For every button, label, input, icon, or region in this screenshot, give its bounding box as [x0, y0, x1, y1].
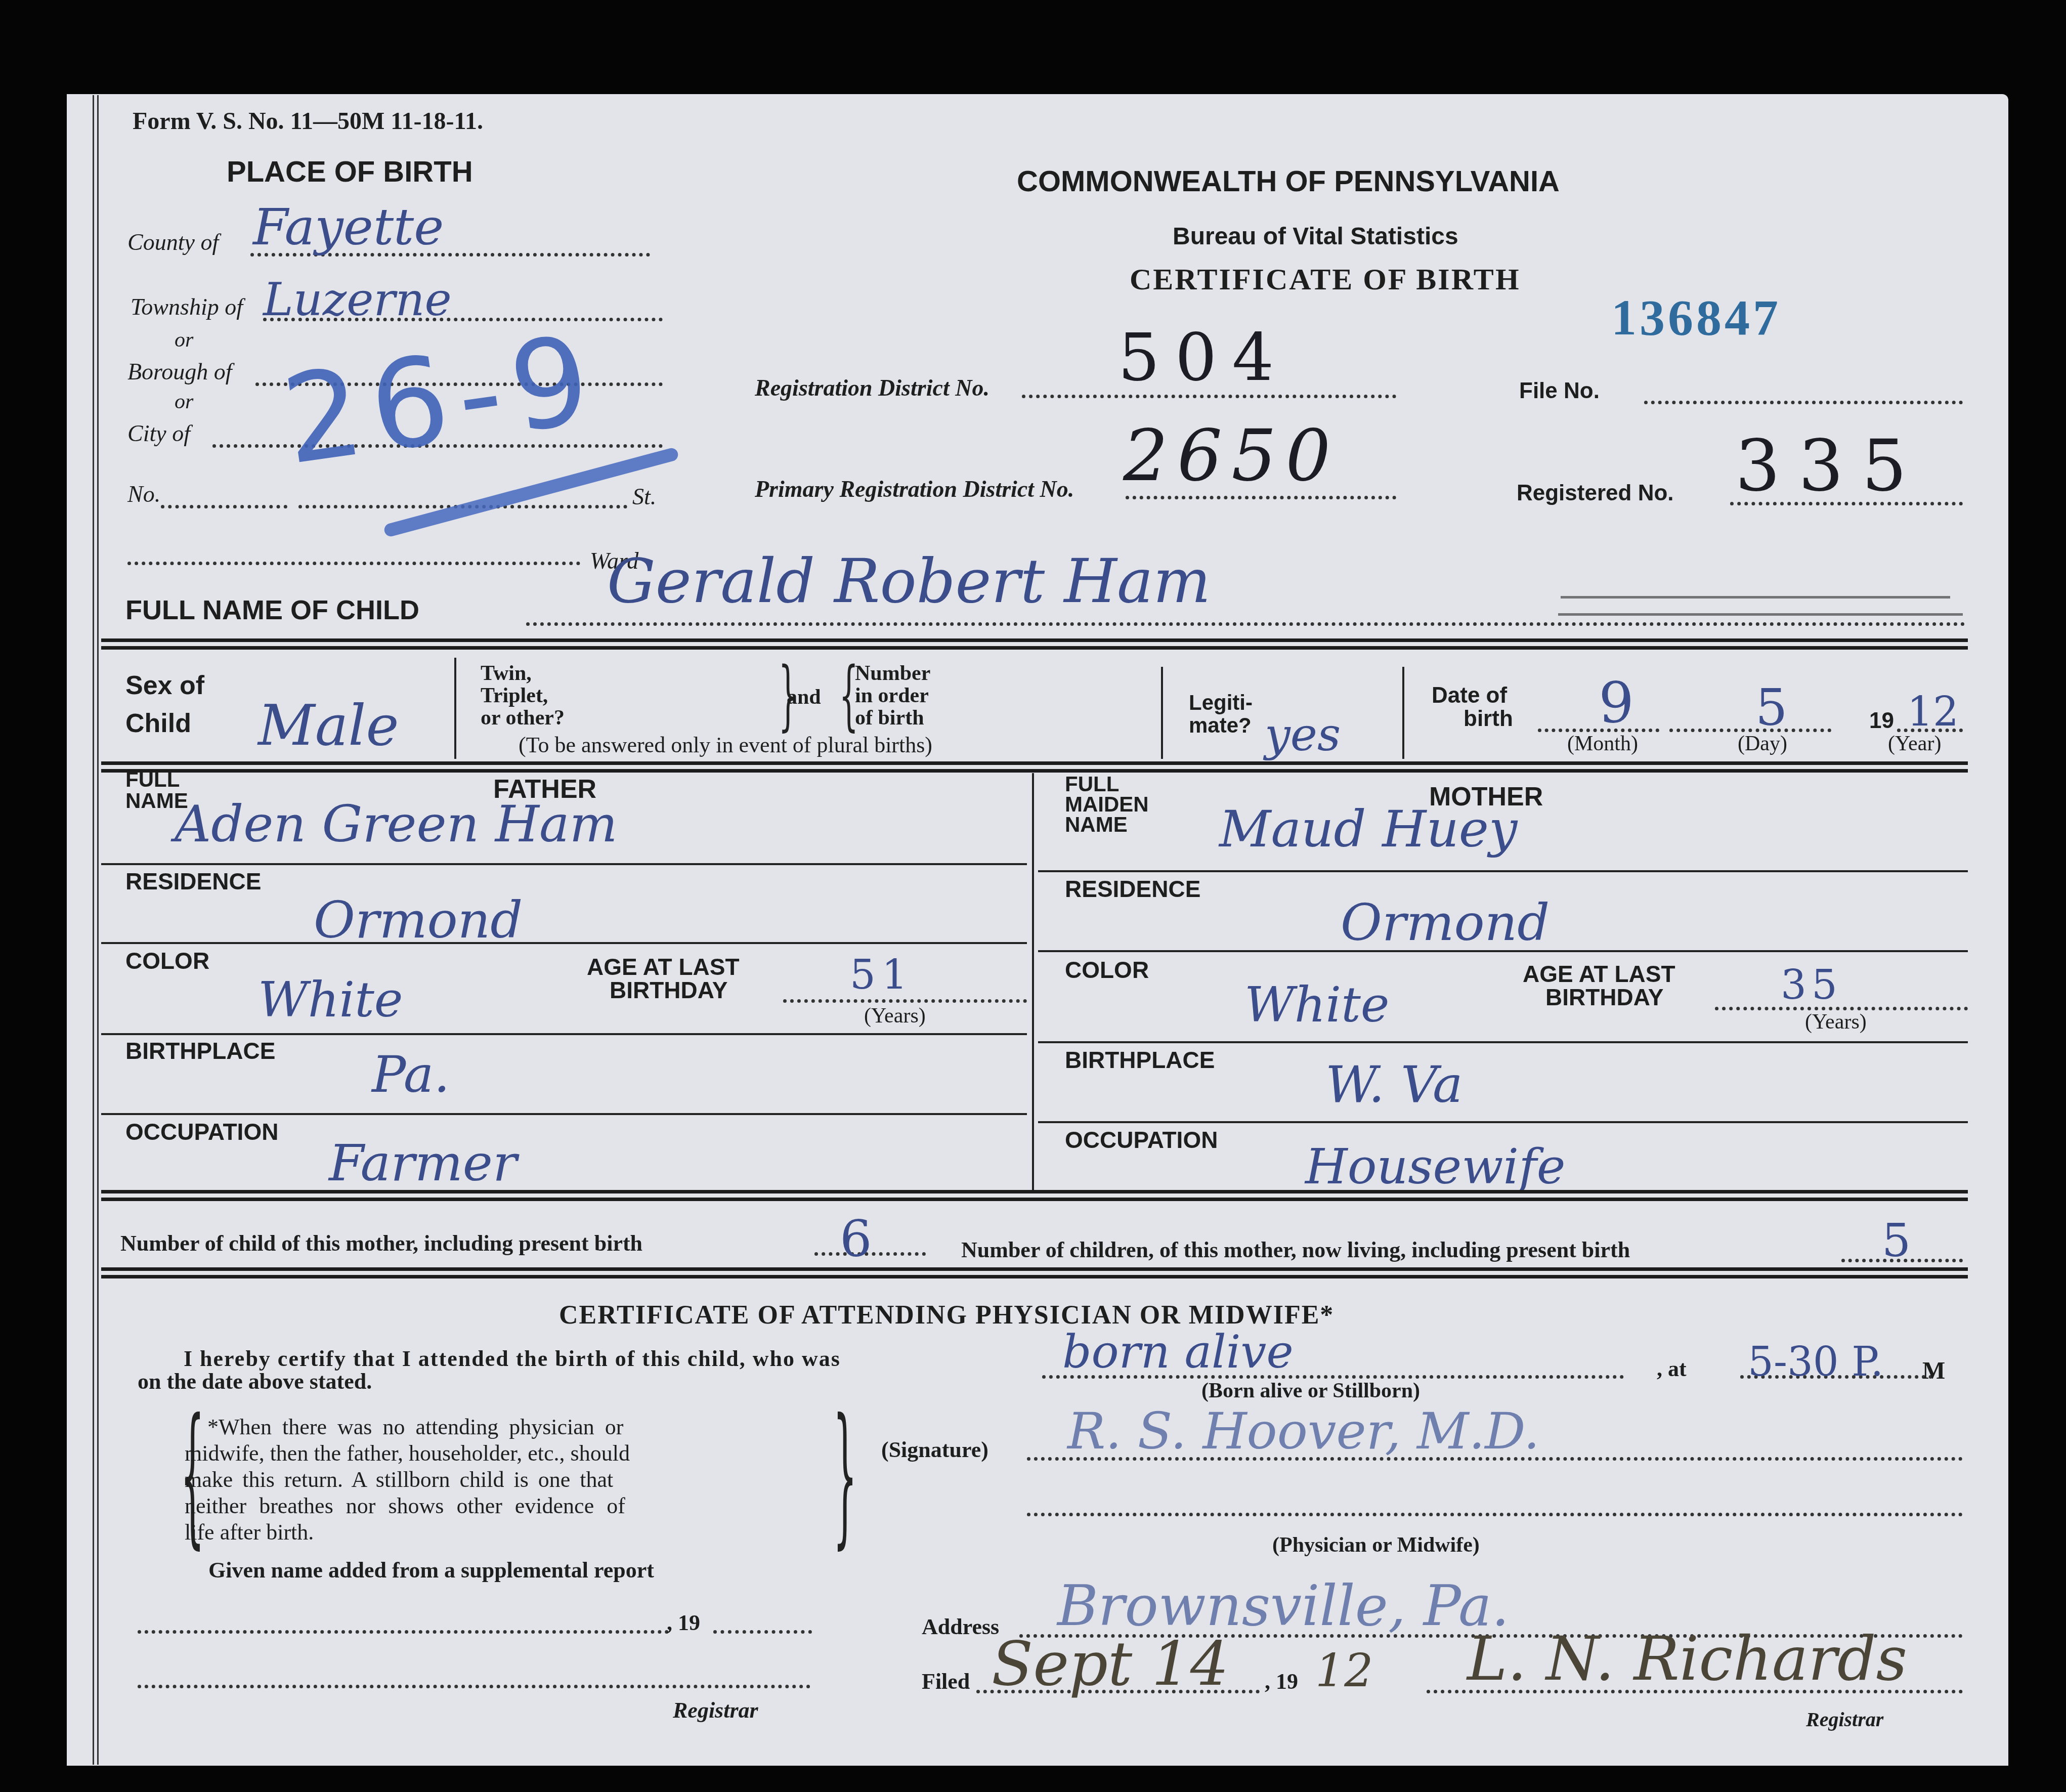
father-occupation-label: OCCUPATION: [125, 1118, 278, 1145]
sex-value: Male: [258, 693, 399, 758]
child-name-value: Gerald Robert Ham: [607, 546, 1211, 617]
at-label: , at: [1657, 1356, 1687, 1382]
supplemental-label: Given name added from a supplemental rep…: [208, 1557, 654, 1583]
dob-year: 12: [1907, 688, 1959, 735]
jurisdiction-title: COMMONWEALTH OF PENNSYLVANIA: [1017, 164, 1560, 198]
supplemental-date-line: [138, 1630, 669, 1634]
file-no-label: File No.: [1519, 378, 1600, 404]
filed-registrar-caption: Registrar: [1806, 1708, 1883, 1731]
physician-caption: (Physician or Midwife): [1272, 1533, 1480, 1557]
township-value: Luzerne: [263, 273, 452, 326]
father-years-caption: (Years): [864, 1004, 926, 1028]
supplemental-year-prefix: , 19: [667, 1610, 700, 1636]
filed-label: Filed: [922, 1669, 970, 1694]
father-name-label-1: FULL: [125, 769, 180, 790]
number-label-1: Number: [855, 663, 930, 684]
note-line-5: life after birth.: [185, 1519, 314, 1545]
mother-years-caption: (Years): [1805, 1010, 1867, 1034]
certify-text-2: on the date above stated.: [138, 1369, 372, 1394]
child-name-line: [526, 622, 1965, 626]
mother-residence-label: RESIDENCE: [1065, 875, 1200, 903]
ward-line: [127, 562, 580, 565]
borough-label: Borough of: [127, 358, 232, 385]
signature-line-2: [1027, 1513, 1963, 1516]
father-age-line: [783, 999, 1027, 1003]
twin-label-2: Triplet,: [481, 685, 548, 706]
legit-divider: [1161, 667, 1163, 759]
sex-label-1: Sex of: [125, 670, 204, 701]
registered-no-value: 335: [1735, 425, 1925, 507]
dob-label-1: Date of: [1432, 683, 1507, 708]
erased-mark-1: [1561, 596, 1950, 599]
sex-label-2: Child: [125, 708, 191, 739]
number-label-3: of birth: [855, 707, 924, 729]
mother-rule-4: [1038, 1121, 1968, 1123]
bureau-title: Bureau of Vital Statistics: [1173, 223, 1458, 250]
father-color-value: White: [258, 971, 403, 1028]
father-rule-3: [101, 1033, 1027, 1035]
day-caption: (Day): [1738, 732, 1787, 756]
father-age-label-1: AGE AT LAST: [587, 955, 740, 978]
township-label: Township of: [131, 293, 243, 320]
legit-label-1: Legiti-: [1189, 691, 1253, 715]
mother-name-value: Maud Huey: [1219, 799, 1518, 859]
father-rule-1: [101, 863, 1027, 865]
filed-date-value: Sept 14: [992, 1629, 1229, 1699]
twin-label-3: or other?: [481, 707, 565, 729]
legit-label-2: mate?: [1189, 713, 1252, 738]
mother-name-label-3: NAME: [1065, 815, 1128, 835]
dob-label-2: birth: [1464, 706, 1513, 732]
note-line-2: midwife, then the father, householder, e…: [185, 1440, 630, 1466]
year-caption: (Year): [1888, 732, 1941, 756]
father-age-value: 51: [850, 951, 914, 998]
number-label-2: in order: [855, 685, 929, 706]
father-age-label-2: BIRTHDAY: [610, 978, 727, 1002]
stamp-number: 136847: [1611, 288, 1781, 347]
signature-label: (Signature): [881, 1437, 988, 1463]
mother-rule-3: [1038, 1041, 1968, 1043]
mother-residence-value: Ormond: [1341, 893, 1549, 952]
certificate-title: CERTIFICATE OF BIRTH: [1130, 262, 1521, 297]
filed-registrar-signature: L. N. Richards: [1467, 1624, 1907, 1694]
legit-value: yes: [1265, 708, 1341, 761]
supplemental-registrar-line: [138, 1685, 810, 1688]
plural-note: (To be answered only in event of plural …: [519, 732, 932, 758]
father-occupation-value: Farmer: [329, 1133, 517, 1192]
dob-day: 5: [1755, 678, 1788, 737]
father-residence-value: Ormond: [314, 890, 523, 950]
or-text-1: or: [175, 328, 193, 352]
address-value: Brownsville, Pa.: [1057, 1573, 1509, 1638]
city-label: City of: [127, 420, 190, 447]
father-birthplace-label: BIRTHPLACE: [125, 1037, 275, 1064]
filed-year-prefix: , 19: [1265, 1669, 1298, 1694]
note-line-1: *When there was no attending physician o…: [207, 1414, 623, 1440]
mother-color-value: White: [1244, 976, 1390, 1033]
mother-occupation-value: Housewife: [1305, 1138, 1566, 1195]
mother-age-label-1: AGE AT LAST: [1523, 962, 1675, 986]
father-name-value: Aden Green Ham: [175, 794, 618, 854]
note-line-3: make this return. A stillborn child is o…: [185, 1467, 613, 1492]
child-number-value: 6: [840, 1209, 872, 1268]
child-number-label: Number of child of this mother, includin…: [120, 1230, 642, 1256]
m-label: M: [1922, 1357, 1945, 1385]
primary-district-label: Primary Registration District No.: [755, 476, 1074, 502]
note-line-4: neither breathes nor shows other evidenc…: [185, 1493, 625, 1519]
mother-color-label: COLOR: [1065, 956, 1149, 984]
registered-no-label: Registered No.: [1517, 481, 1674, 506]
street-no-label: No.: [127, 481, 160, 507]
twin-label-1: Twin,: [481, 663, 532, 684]
born-caption: (Born alive or Stillborn): [1201, 1379, 1420, 1403]
form-id: Form V. S. No. 11—50M 11-18-11.: [133, 107, 483, 135]
double-rule-3: [101, 1190, 1968, 1201]
mother-birthplace-value: W. Va: [1325, 1055, 1463, 1114]
dob-month: 9: [1599, 670, 1634, 735]
street-st-label: St.: [632, 483, 656, 510]
parents-divider: [1032, 773, 1034, 1193]
mother-occupation-label: OCCUPATION: [1065, 1126, 1218, 1154]
child-name-label: FULL NAME OF CHILD: [125, 594, 419, 626]
living-label: Number of children, of this mother, now …: [961, 1237, 1630, 1263]
address-label: Address: [922, 1614, 999, 1640]
registration-district-value: 504: [1118, 319, 1289, 396]
place-of-birth-heading: PLACE OF BIRTH: [227, 155, 473, 189]
note-right-brace: }: [833, 1399, 857, 1551]
county-value: Fayette: [253, 197, 444, 257]
mother-age-label-2: BIRTHDAY: [1545, 986, 1663, 1009]
dob-divider: [1402, 667, 1404, 759]
mother-birthplace-label: BIRTHPLACE: [1065, 1046, 1215, 1074]
street-no-line: [161, 505, 287, 508]
registration-district-label: Registration District No.: [755, 374, 989, 401]
left-border: [93, 95, 99, 1765]
father-rule-4: [101, 1113, 1027, 1115]
mother-name-label-2: MAIDEN: [1065, 794, 1149, 815]
father-residence-label: RESIDENCE: [125, 868, 261, 895]
time-value: 5-30 P.: [1748, 1338, 1883, 1385]
mother-name-label-1: FULL: [1065, 774, 1119, 794]
mother-age-value: 35: [1781, 961, 1842, 1008]
filed-year-value: 12: [1315, 1644, 1373, 1697]
certify-text: I hereby certify that I attended the bir…: [184, 1346, 841, 1372]
supplemental-registrar-caption: Registrar: [673, 1697, 758, 1723]
erased-mark-2: [1558, 613, 1963, 616]
county-label: County of: [127, 229, 219, 255]
father-birthplace-value: Pa.: [372, 1045, 450, 1104]
double-rule-1: [101, 638, 1968, 650]
father-rule-2: [101, 942, 1027, 944]
file-no-line: [1644, 401, 1963, 404]
born-status-value: born alive: [1062, 1326, 1294, 1379]
mother-rule-1: [1038, 870, 1968, 872]
or-text-2: or: [175, 390, 193, 414]
double-rule-4: [101, 1267, 1968, 1278]
primary-district-value: 2650: [1123, 415, 1340, 497]
and-label: and: [787, 685, 821, 709]
father-color-label: COLOR: [125, 947, 209, 974]
signature-value: R. S. Hoover, M.D.: [1067, 1401, 1540, 1461]
sex-divider: [454, 658, 456, 759]
double-rule-2: [101, 761, 1968, 773]
dob-year-prefix: 19: [1869, 708, 1894, 734]
supplemental-year-line: [713, 1630, 812, 1634]
month-caption: (Month): [1567, 732, 1638, 756]
living-value: 5: [1882, 1214, 1911, 1267]
mother-rule-2: [1038, 950, 1968, 952]
